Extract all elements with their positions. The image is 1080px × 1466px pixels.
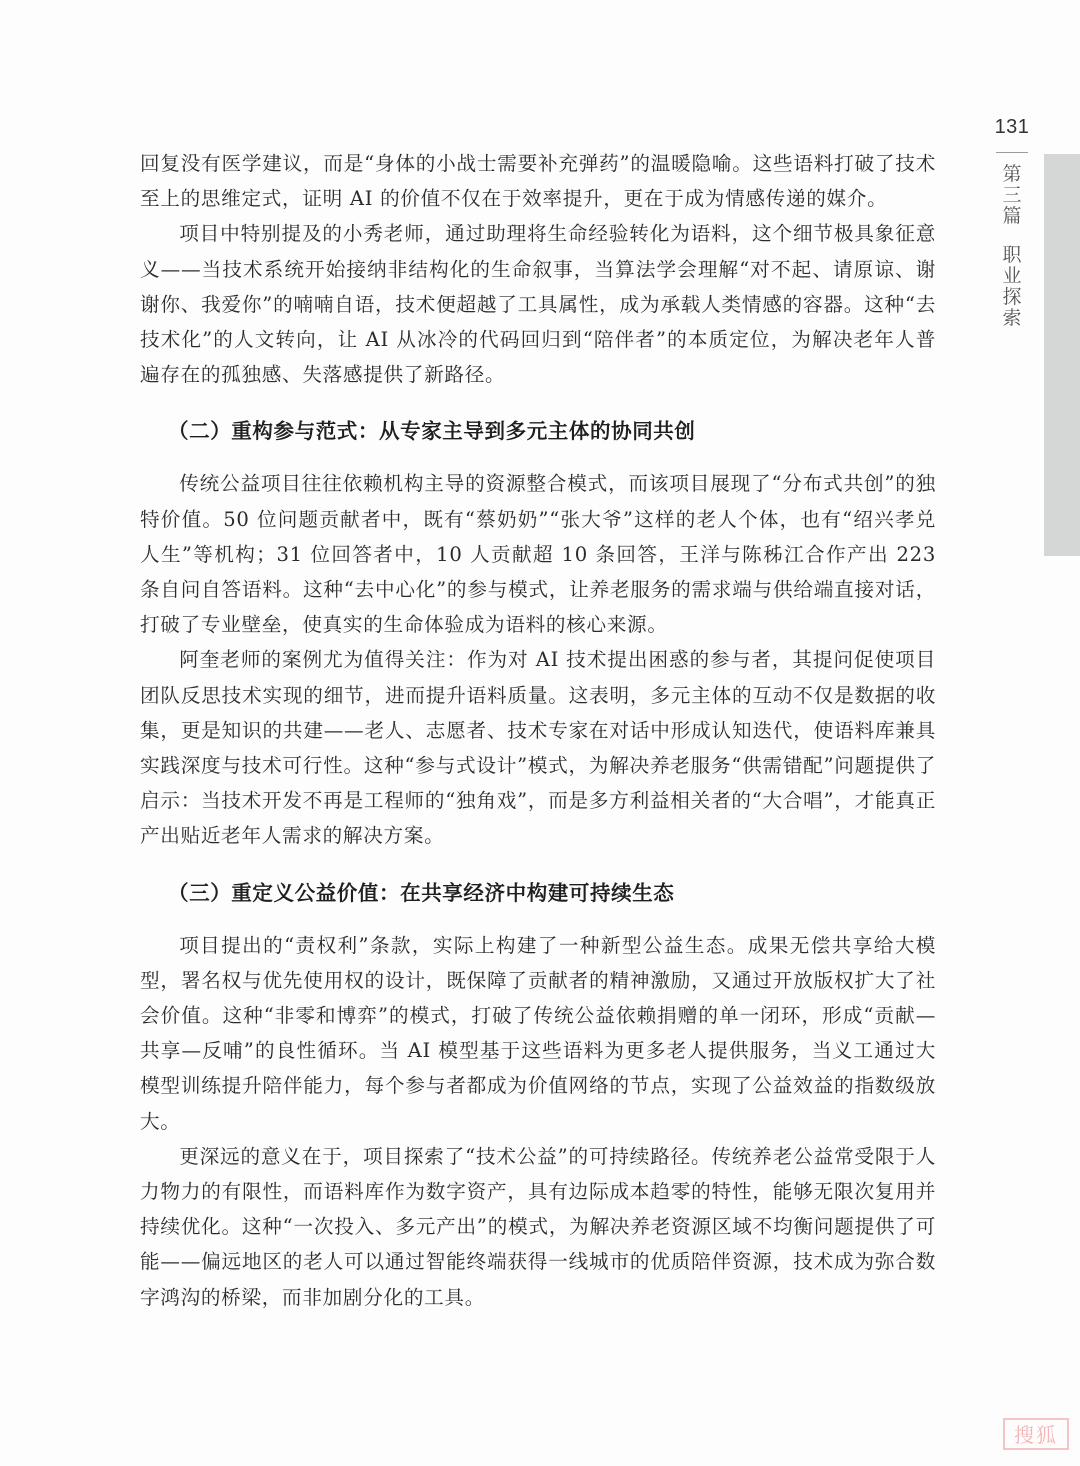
running-head: 第 三 篇 职 业 探 索 <box>998 164 1026 329</box>
page-number-rule <box>996 152 1028 153</box>
section-tab <box>1044 154 1080 556</box>
running-head-title-char: 探 <box>998 287 1026 308</box>
section-heading-3: （三）重定义公益价值：在共享经济中构建可持续生态 <box>140 876 936 910</box>
running-head-part-char: 第 <box>998 164 1026 185</box>
paragraph: 传统公益项目往往依赖机构主导的资源整合模式，而该项目展现了“分布式共创”的独特价… <box>140 466 936 642</box>
paragraph: 阿奎老师的案例尤为值得关注：作为对 AI 技术提出困惑的参与者，其提问促使项目团… <box>140 642 936 853</box>
running-head-part-char: 篇 <box>998 206 1026 227</box>
page-body: 回复没有医学建议，而是“身体的小战士需要补充弹药”的温暖隐喻。这些语料打破了技术… <box>140 146 936 1315</box>
page-number: 131 <box>994 116 1030 139</box>
running-head-title-char: 业 <box>998 266 1026 287</box>
watermark-seal: 搜狐 <box>1003 1418 1069 1450</box>
paragraph: 更深远的意义在于，项目探索了“技术公益”的可持续路径。传统养老公益常受限于人力物… <box>140 1139 936 1315</box>
running-head-part-char: 三 <box>998 185 1026 206</box>
section-heading-2: （二）重构参与范式：从专家主导到多元主体的协同共创 <box>140 414 936 448</box>
paragraph-continued: 回复没有医学建议，而是“身体的小战士需要补充弹药”的温暖隐喻。这些语料打破了技术… <box>140 146 936 216</box>
running-head-gap <box>998 227 1026 245</box>
paragraph: 项目提出的“责权利”条款，实际上构建了一种新型公益生态。成果无偿共享给大模型，署… <box>140 928 936 1139</box>
running-head-title-char: 索 <box>998 308 1026 329</box>
paragraph: 项目中特别提及的小秀老师，通过助理将生命经验转化为语料，这个细节极具象征意义——… <box>140 216 936 392</box>
running-head-title-char: 职 <box>998 245 1026 266</box>
